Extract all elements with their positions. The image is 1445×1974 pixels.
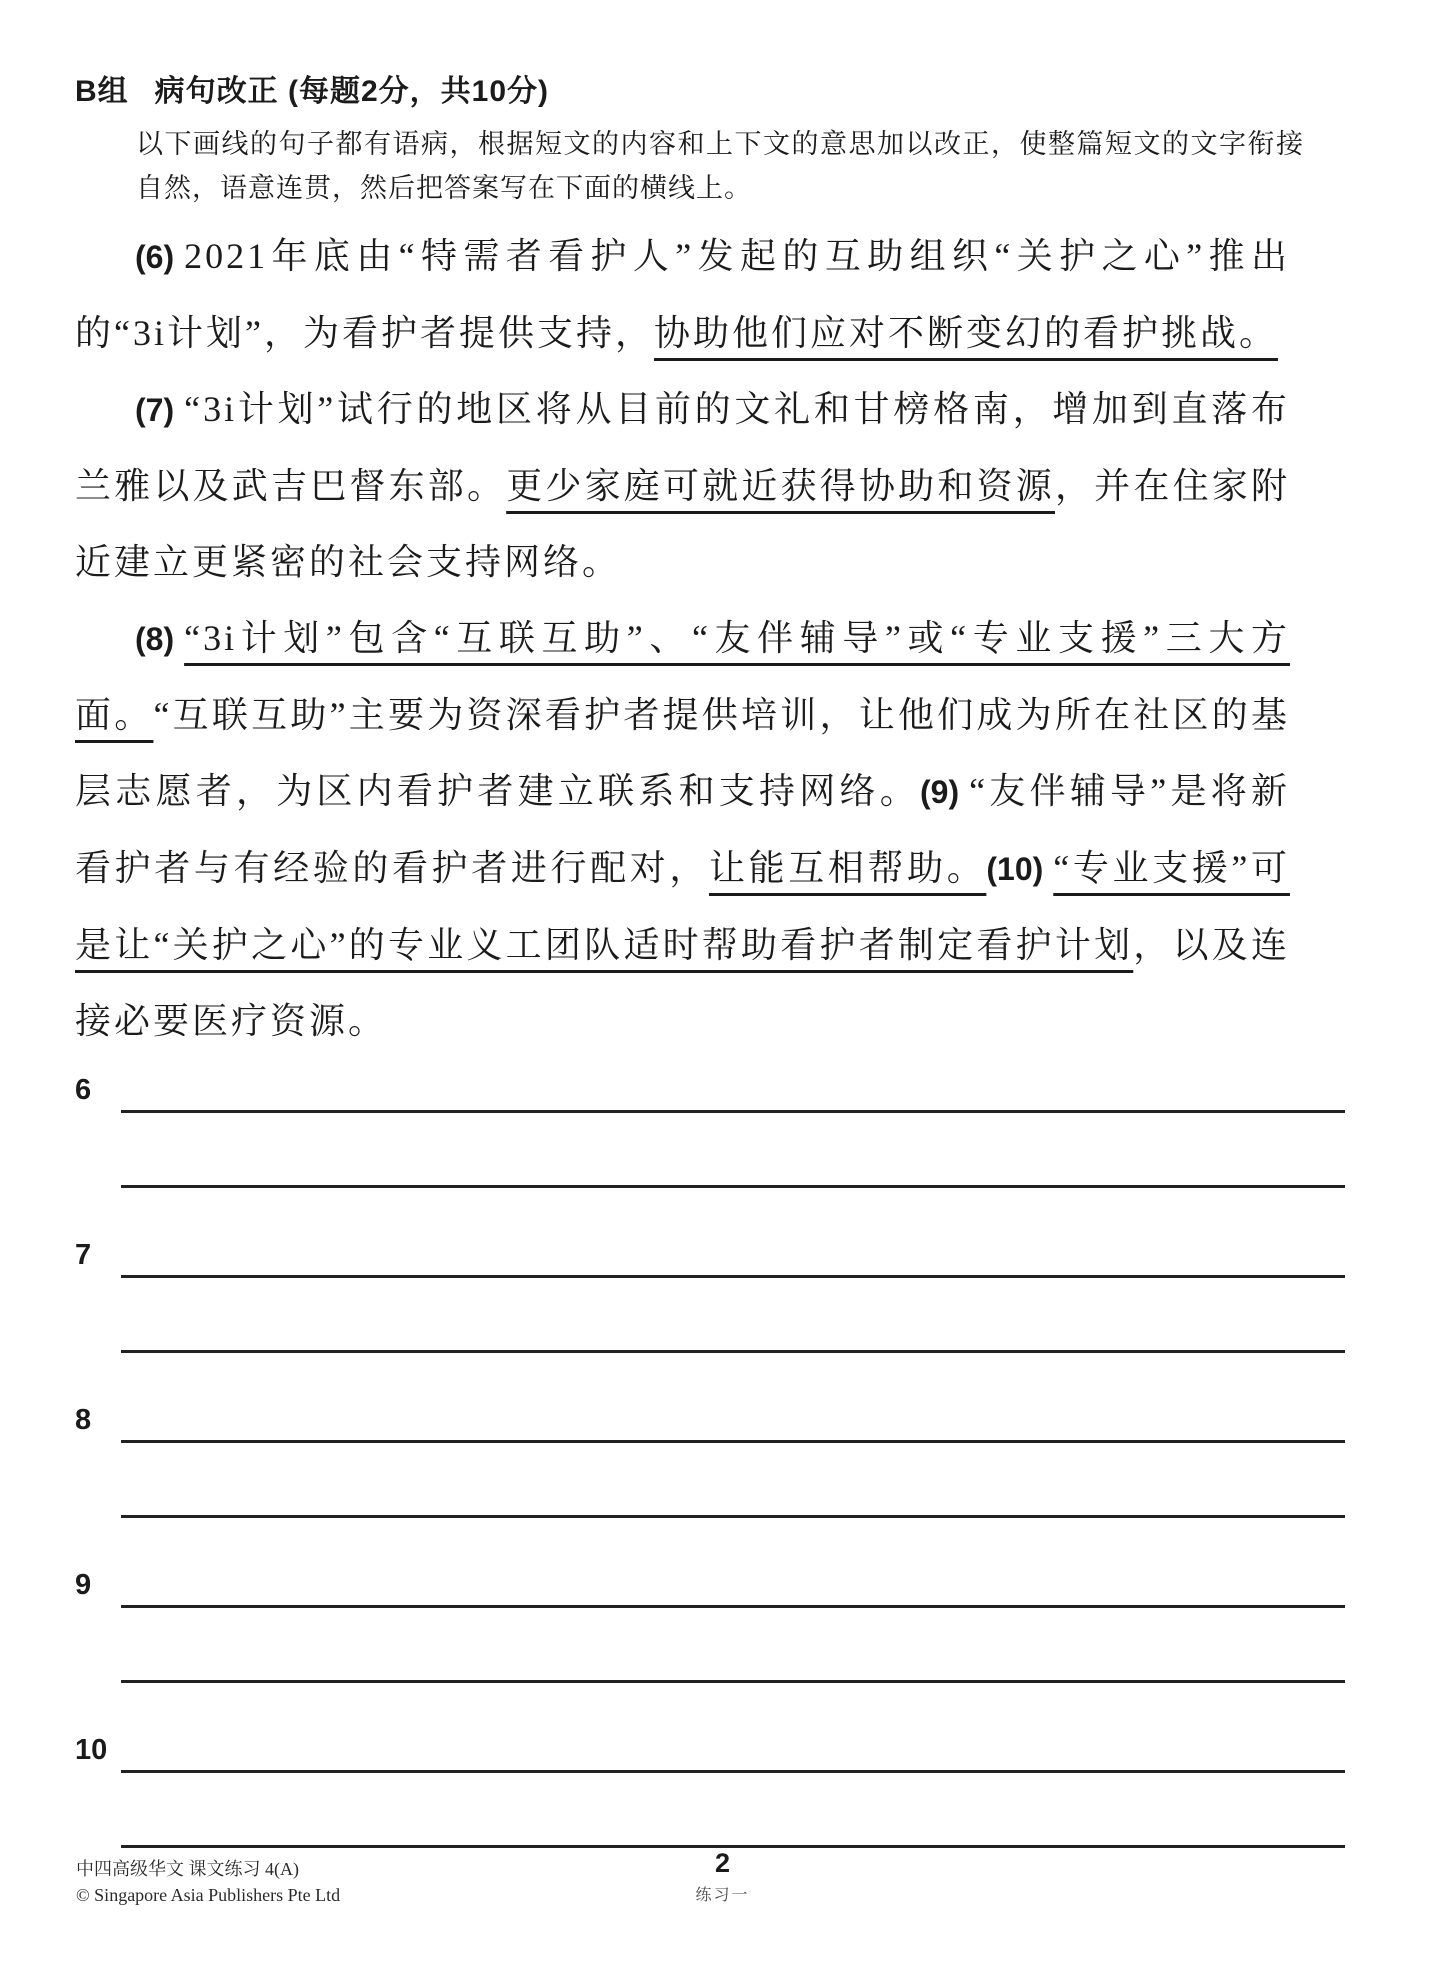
paragraph-q6: (6)2021年底由“特需者看护人”发起的互助组织“关护之心”推出的“3i计划”… — [75, 218, 1290, 371]
paragraph-q7: (7)“3i计划”试行的地区将从目前的文礼和甘榜格南，增加到直落布兰雅以及武吉巴… — [75, 371, 1290, 600]
question-number-6: (6) — [135, 239, 174, 275]
answer-block-8: 8 — [75, 1400, 1345, 1518]
answer-block-9: 9 — [75, 1565, 1345, 1683]
question-number-9: (9) — [920, 774, 959, 810]
answer-line — [121, 1235, 1345, 1278]
underlined-sentence-6: 协助他们应对不断变幻的看护挑战。 — [654, 313, 1278, 353]
answer-line — [121, 1565, 1345, 1608]
answer-number-9: 9 — [75, 1571, 121, 1608]
answer-line — [121, 1730, 1345, 1773]
answer-number-10: 10 — [75, 1736, 121, 1773]
page-number: 2 — [0, 1848, 1445, 1878]
answer-line — [121, 1773, 1345, 1848]
footer-page-info: 2 练习一 — [0, 1848, 1445, 1905]
answer-number-6: 6 — [75, 1076, 121, 1113]
section-title: 病句改正 (每题2分，共10分) — [155, 66, 549, 110]
answer-line — [121, 1443, 1345, 1518]
section-header: B组 病句改正 (每题2分，共10分) — [75, 66, 1365, 110]
question-number-8: (8) — [135, 621, 174, 657]
answer-line — [121, 1608, 1345, 1683]
section-label: B组 — [75, 66, 129, 110]
question-number-10: (10) — [986, 851, 1043, 887]
answer-line — [121, 1070, 1345, 1113]
worksheet-page: B组 病句改正 (每题2分，共10分) 以下画线的句子都有语病，根据短文的内容和… — [0, 0, 1445, 1974]
answer-block-6: 6 — [75, 1070, 1345, 1188]
answer-block-7: 7 — [75, 1235, 1345, 1353]
answer-number-7: 7 — [75, 1241, 121, 1278]
underlined-sentence-7: 更少家庭可就近获得协助和资源 — [506, 466, 1055, 506]
answer-number-8: 8 — [75, 1406, 121, 1443]
underlined-sentence-9: 让能互相帮助。 — [709, 848, 986, 888]
answer-line — [121, 1400, 1345, 1443]
instructions-text: 以下画线的句子都有语病，根据短文的内容和上下文的意思加以改正，使整篇短文的文字衔… — [136, 122, 1304, 210]
paragraph-q8-q10: (8)“3i计划”包含“互联互助”、“友伴辅导”或“专业支援”三大方面。“互联互… — [75, 600, 1290, 1059]
passage: (6)2021年底由“特需者看护人”发起的互助组织“关护之心”推出的“3i计划”… — [75, 218, 1290, 1059]
answer-line — [121, 1113, 1345, 1188]
question-number-7: (7) — [135, 392, 174, 428]
exercise-label: 练习一 — [0, 1882, 1445, 1905]
answer-block-10: 10 — [75, 1730, 1345, 1848]
answer-sheet: 6 7 8 9 — [75, 1070, 1345, 1895]
answer-line — [121, 1278, 1345, 1353]
